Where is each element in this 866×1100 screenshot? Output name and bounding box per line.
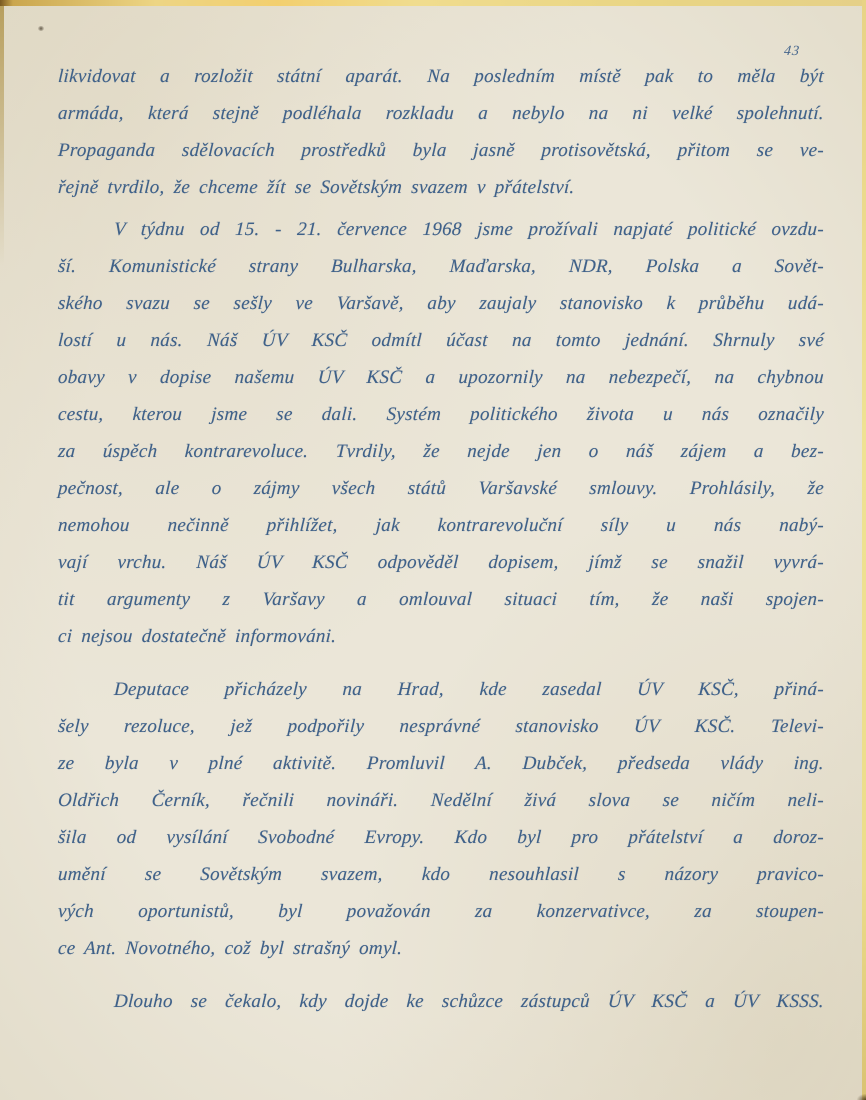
scan-edge-right <box>862 0 866 1100</box>
handwritten-line: obavy v dopise našemu ÚV KSČ a upozornil… <box>57 359 825 396</box>
paragraph: V týdnu od 15. - 21. července 1968 jsme … <box>58 211 824 655</box>
ink-speck <box>38 26 44 31</box>
scan-edge-left-smudge <box>0 6 4 266</box>
handwritten-line: likvidovat a rozložit státní aparát. Na … <box>57 58 825 95</box>
handwritten-line: umění se Sovětským svazem, kdo nesouhlas… <box>57 856 825 893</box>
handwritten-line: ce Ant. Novotného, což byl strašný omyl. <box>57 930 825 967</box>
paragraph: likvidovat a rozložit státní aparát. Na … <box>58 58 824 206</box>
handwritten-line: Propaganda sdělovacích prostředků byla j… <box>57 132 825 169</box>
paragraph: Dlouho se čekalo, kdy dojde ke schůzce z… <box>58 983 824 1020</box>
handwritten-line: tit argumenty z Varšavy a omlouval situa… <box>57 581 825 618</box>
handwritten-line: armáda, která stejně podléhala rozkladu … <box>57 95 825 132</box>
handwritten-line: ci nejsou dostatečně informováni. <box>57 618 825 655</box>
handwritten-line: ze byla v plné aktivitě. Promluvil A. Du… <box>57 745 825 782</box>
handwritten-line: ského svazu se sešly ve Varšavě, aby zau… <box>57 285 825 322</box>
paragraph: Deputace přicházely na Hrad, kde zasedal… <box>58 671 824 967</box>
scan-corner-mark <box>857 1094 866 1100</box>
scan-edge-top <box>0 0 866 6</box>
handwritten-line: šila od vysílání Svobodné Evropy. Kdo by… <box>57 819 825 856</box>
handwritten-line: Dlouho se čekalo, kdy dojde ke schůzce z… <box>57 983 825 1020</box>
handwritten-line: Deputace přicházely na Hrad, kde zasedal… <box>57 671 825 708</box>
text-area: likvidovat a rozložit státní aparát. Na … <box>58 58 824 1020</box>
handwritten-line: Oldřich Černík, řečnili novináři. Neděln… <box>57 782 825 819</box>
manuscript-page: 43 likvidovat a rozložit státní aparát. … <box>0 0 866 1100</box>
handwritten-line: vají vrchu. Náš ÚV KSČ odpověděl dopisem… <box>57 544 825 581</box>
handwritten-line: šely rezoluce, jež podpořily nesprávné s… <box>57 708 825 745</box>
handwritten-line: vých oportunistů, byl považován za konze… <box>57 893 825 930</box>
handwritten-line: cestu, kterou jsme se dali. Systém polit… <box>57 396 825 433</box>
handwritten-line: nemohou nečinně přihlížet, jak kontrarev… <box>57 507 825 544</box>
handwritten-line: ší. Komunistické strany Bulharska, Maďar… <box>57 248 825 285</box>
handwritten-line: za úspěch kontrarevoluce. Tvrdily, že ne… <box>57 433 825 470</box>
handwritten-line: V týdnu od 15. - 21. července 1968 jsme … <box>57 211 825 248</box>
handwritten-line: pečnost, ale o zájmy všech států Varšavs… <box>57 470 825 507</box>
handwritten-line: řejně tvrdilo, že chceme žít se Sovětský… <box>57 169 825 206</box>
handwritten-line: lostí u nás. Náš ÚV KSČ odmítl účast na … <box>57 322 825 359</box>
